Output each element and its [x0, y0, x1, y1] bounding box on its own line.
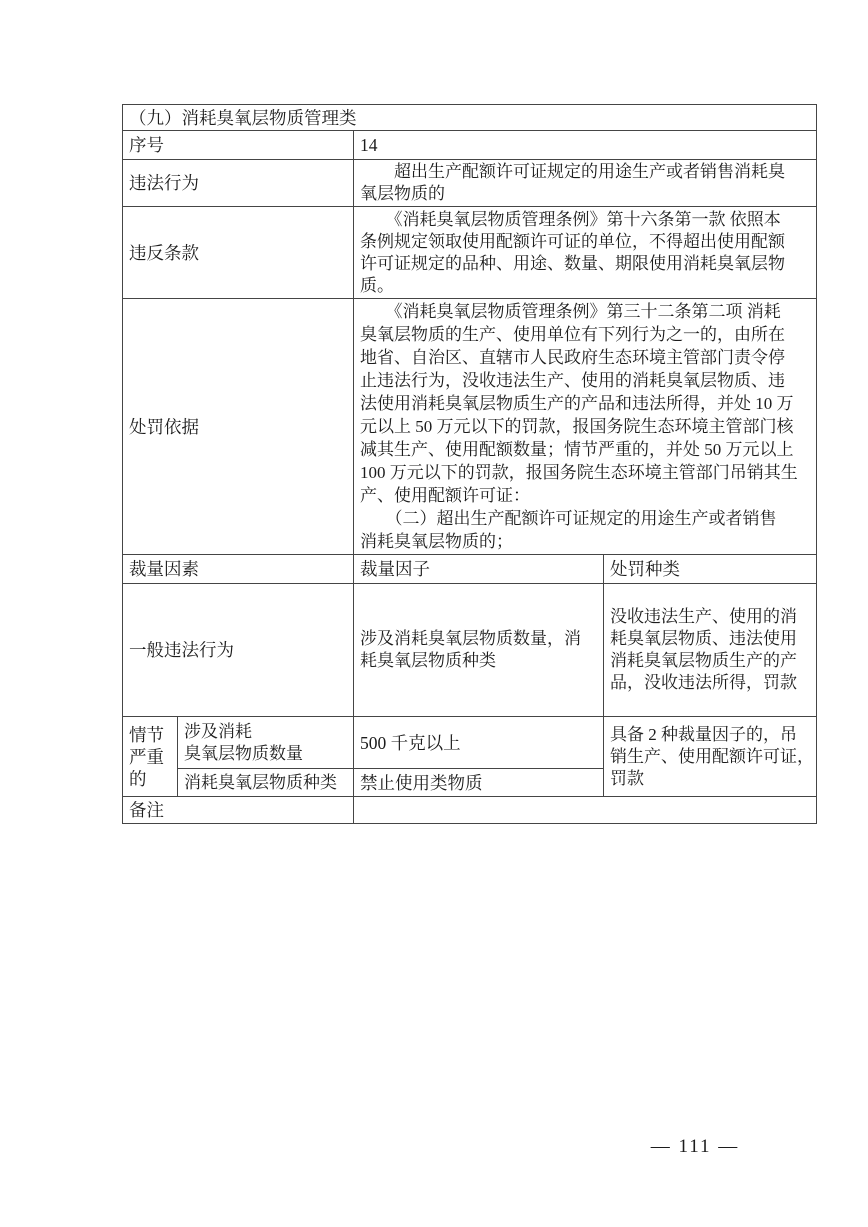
table-row: 序号 14 — [123, 131, 817, 160]
table-row: 情节严重的 涉及消耗 臭氧层物质数量 500 千克以上 具备 2 种裁量因子的，… — [123, 717, 817, 769]
table-row: 违法行为 超出生产配额许可证规定的用途生产或者销售消耗臭 氧层物质的 — [123, 160, 817, 207]
severe-factor-1-text: 涉及消耗 臭氧层物质数量 — [178, 717, 354, 769]
table-row: 违反条款 《消耗臭氧层物质管理条例》第十六条第一款 依照本 条例规定领取使用配额… — [123, 207, 817, 299]
penalty-type-header-label: 处罚种类 — [604, 555, 817, 584]
penalty-basis-label: 处罚依据 — [123, 299, 354, 555]
table-row: （九）消耗臭氧层物质管理类 — [123, 105, 817, 131]
violation-text: 超出生产配额许可证规定的用途生产或者销售消耗臭 氧层物质的 — [354, 160, 817, 207]
remark-value — [354, 797, 817, 824]
severe-penalty-text: 具备 2 种裁量因子的，吊 销生产、使用配额许可证， 罚款 — [604, 717, 817, 797]
remark-label: 备注 — [123, 797, 354, 824]
serial-value: 14 — [354, 131, 817, 160]
table-row: 裁量因素 裁量因子 处罚种类 — [123, 555, 817, 584]
violation-label: 违法行为 — [123, 160, 354, 207]
severe-label: 情节严重的 — [123, 717, 178, 797]
severe-value-1: 500 千克以上 — [354, 717, 604, 769]
factor-header-label: 裁量因素 — [123, 555, 354, 584]
sub-factor-header-label: 裁量因子 — [354, 555, 604, 584]
clause-text: 《消耗臭氧层物质管理条例》第十六条第一款 依照本 条例规定领取使用配额许可证的单… — [354, 207, 817, 299]
document-page: （九）消耗臭氧层物质管理类 序号 14 违法行为 超出生产配额许可证规定的用途生… — [0, 0, 868, 1227]
section-title-cell: （九）消耗臭氧层物质管理类 — [123, 105, 817, 131]
table-row: 一般违法行为 涉及消耗臭氧层物质数量，消 耗臭氧层物质种类 没收违法生产、使用的… — [123, 584, 817, 717]
severe-factor-2-text: 消耗臭氧层物质种类 — [178, 769, 354, 797]
severe-value-2: 禁止使用类物质 — [354, 769, 604, 797]
general-penalty-text: 没收违法生产、使用的消 耗臭氧层物质、违法使用 消耗臭氧层物质生产的产 品，没收… — [604, 584, 817, 717]
penalty-table: （九）消耗臭氧层物质管理类 序号 14 违法行为 超出生产配额许可证规定的用途生… — [122, 104, 817, 824]
table-row: 备注 — [123, 797, 817, 824]
general-factor-text: 涉及消耗臭氧层物质数量，消 耗臭氧层物质种类 — [354, 584, 604, 717]
clause-label: 违反条款 — [123, 207, 354, 299]
page-number: — 111 — — [615, 1136, 775, 1158]
general-violation-label: 一般违法行为 — [123, 584, 354, 717]
serial-label: 序号 — [123, 131, 354, 160]
penalty-basis-text: 《消耗臭氧层物质管理条例》第三十二条第二项 消耗 臭氧层物质的生产、使用单位有下… — [354, 299, 817, 555]
table-row: 处罚依据 《消耗臭氧层物质管理条例》第三十二条第二项 消耗 臭氧层物质的生产、使… — [123, 299, 817, 555]
